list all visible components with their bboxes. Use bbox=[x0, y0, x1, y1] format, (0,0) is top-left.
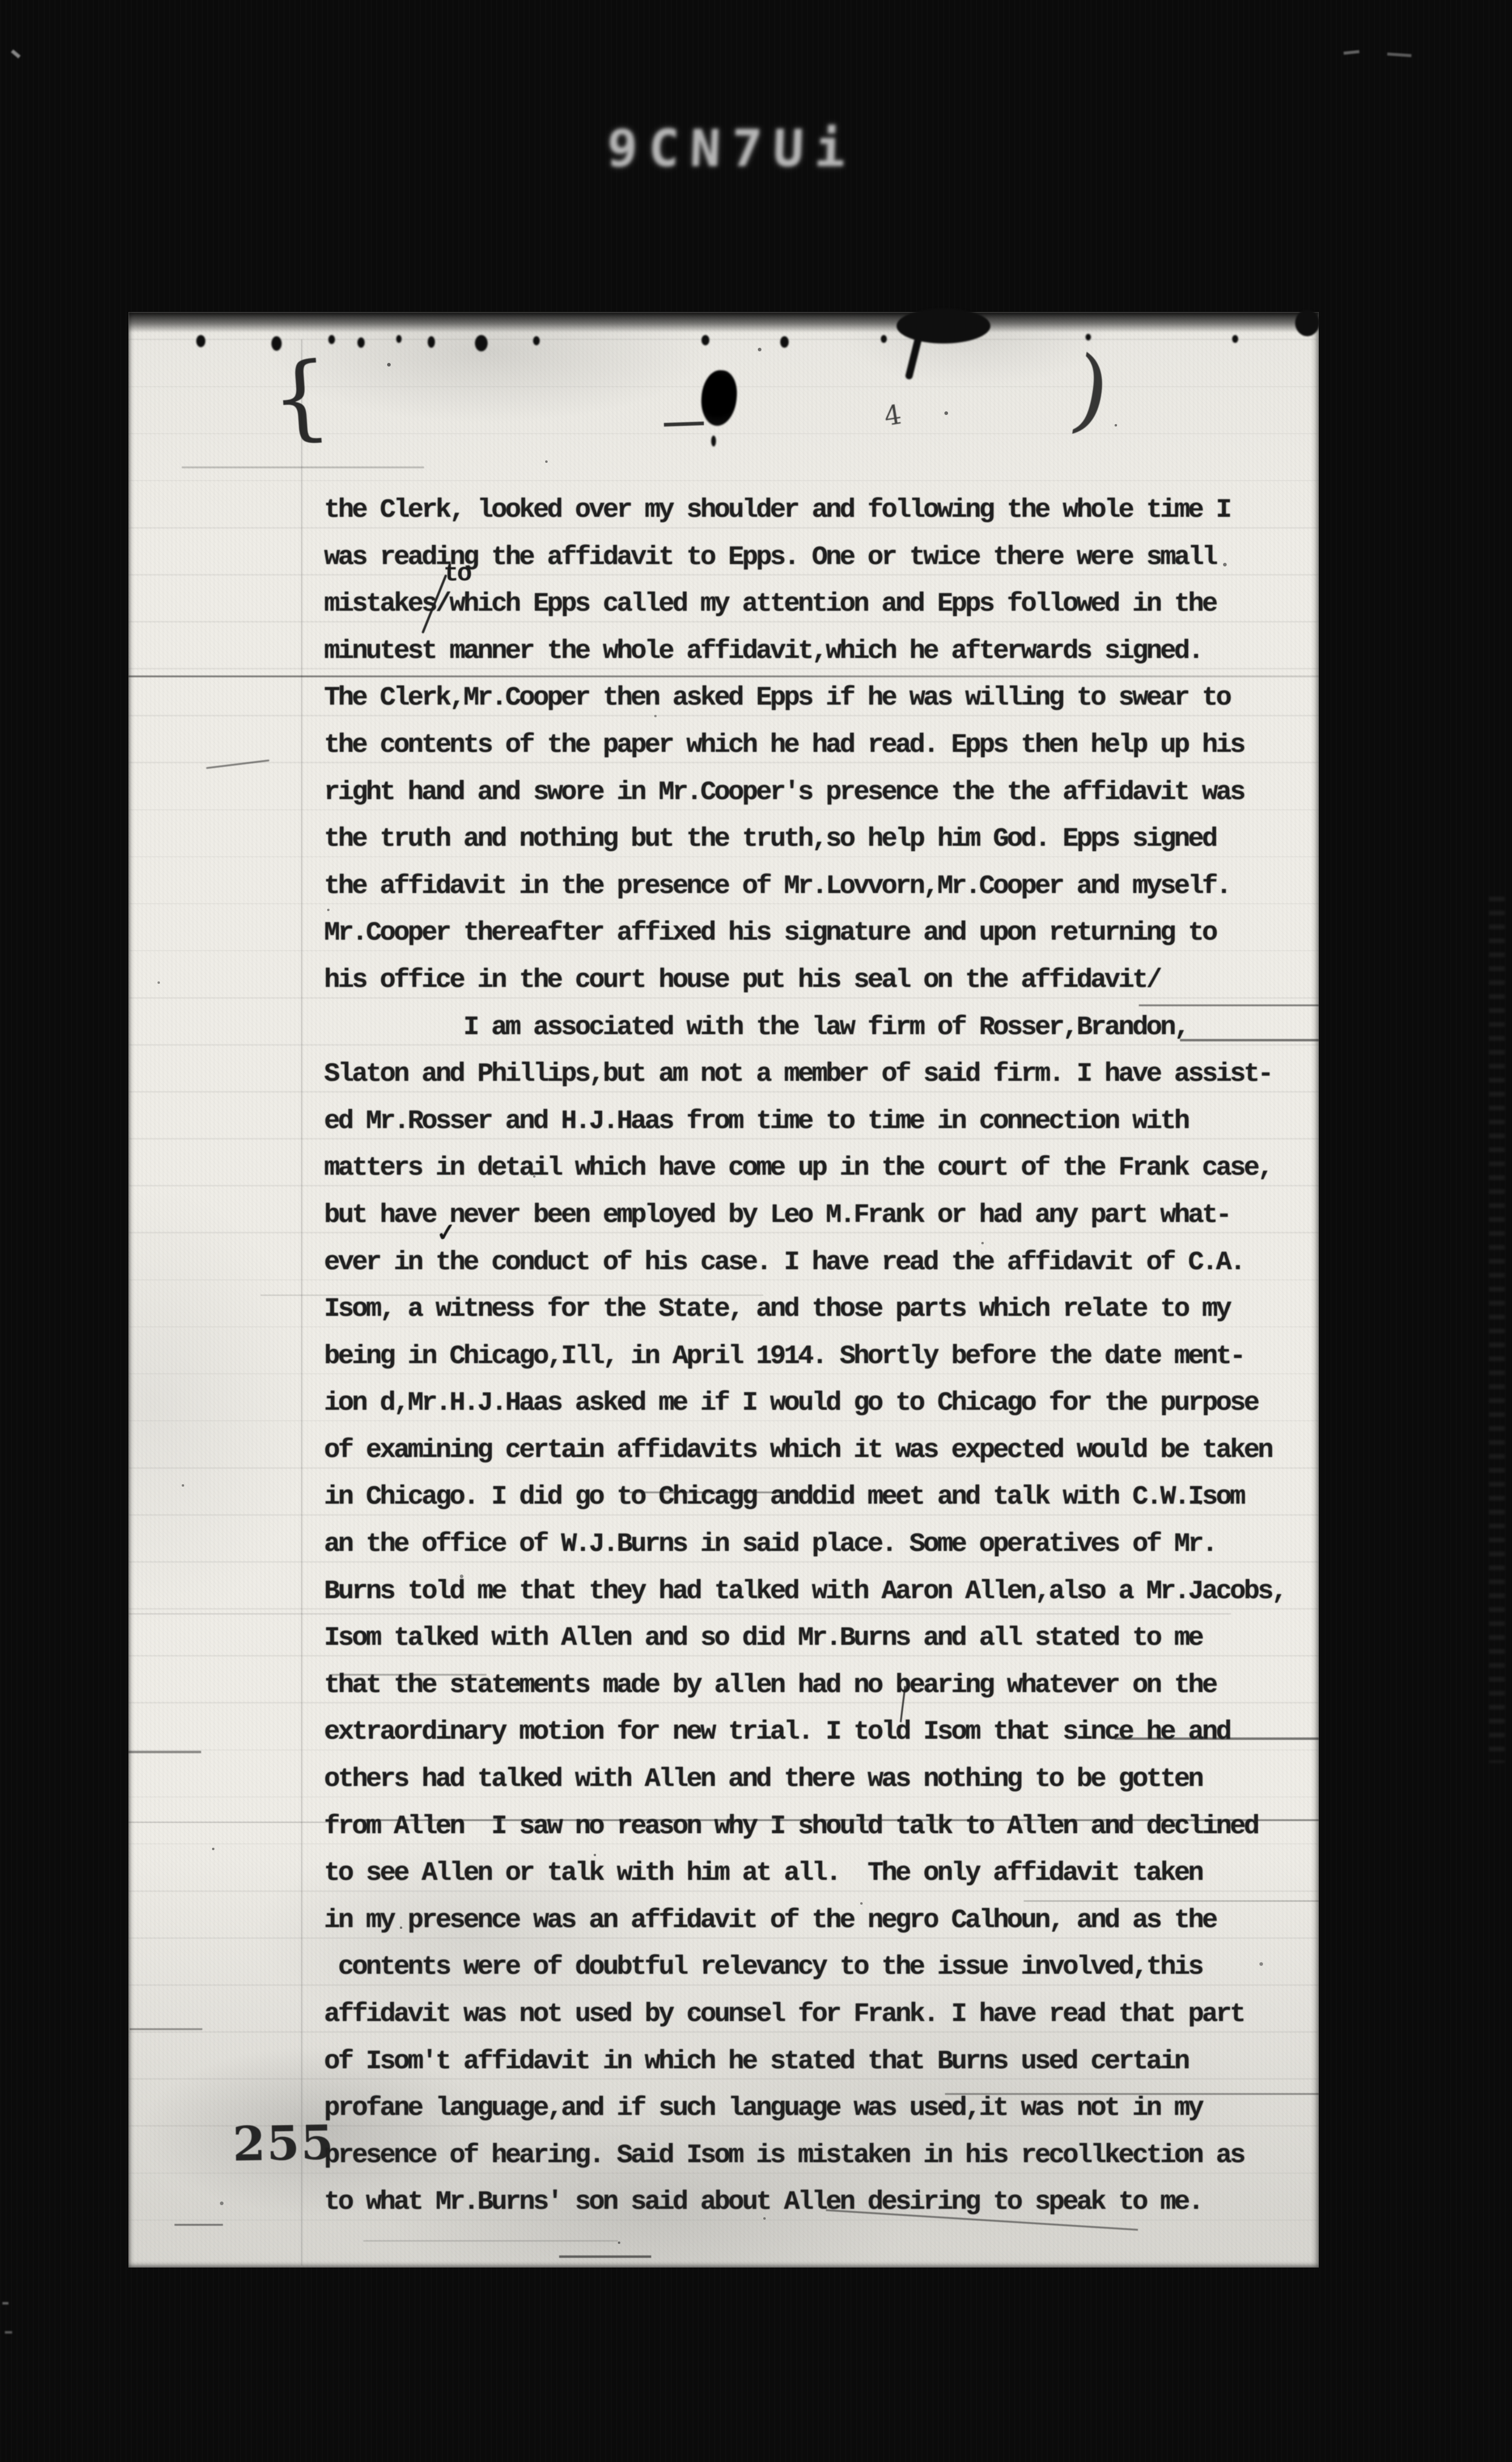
text-line: presence of hearing. Said Isom is mistak… bbox=[324, 2132, 1305, 2180]
ink-drip bbox=[196, 335, 205, 347]
text-line: Mr.Cooper thereafter affixed his signatu… bbox=[324, 910, 1305, 957]
ink-drip bbox=[1232, 335, 1238, 343]
film-edge-markings bbox=[1489, 897, 1505, 1763]
text-line: minutest manner the whole affidavit,whic… bbox=[324, 628, 1305, 675]
ink-drip bbox=[701, 335, 709, 345]
ledger-rule bbox=[301, 339, 302, 2266]
text-line: in Chicago. I did go to Chicagg anddid m… bbox=[324, 1474, 1305, 1521]
text-line: contents were of doubtful relevancy to t… bbox=[324, 1944, 1305, 1991]
text-line: but have never been employed by Leo M.Fr… bbox=[324, 1192, 1305, 1239]
scan-frame: 9CN7Ui { ) 4 ✓ bbox=[0, 0, 1512, 2462]
ink-drip bbox=[475, 335, 488, 351]
scan-artifact bbox=[174, 2224, 223, 2226]
text-line: of examining certain affidavits which it… bbox=[324, 1427, 1305, 1475]
text-line: profane language,and if such language wa… bbox=[324, 2085, 1305, 2132]
scan-edge-band bbox=[128, 312, 1319, 333]
ink-drip bbox=[357, 337, 365, 348]
page-number: 255 bbox=[232, 2115, 335, 2172]
text-line: Slaton and Phillips,but am not a member … bbox=[324, 1051, 1305, 1098]
document-page: { ) 4 ✓ to 255 bbox=[128, 312, 1319, 2268]
text-line: the affidavit in the presence of Mr.Lovv… bbox=[324, 863, 1305, 911]
ink-blot bbox=[700, 369, 738, 427]
text-line: affidavit was not used by counsel for Fr… bbox=[324, 1991, 1305, 2039]
scan-artifact bbox=[363, 2240, 618, 2241]
ink-drip bbox=[780, 336, 789, 348]
typewritten-text: the Clerk, looked over my shoulder and f… bbox=[324, 487, 1305, 2226]
ink-drip bbox=[396, 335, 402, 343]
scan-artifact bbox=[559, 2255, 651, 2258]
ink-smudge bbox=[904, 336, 922, 380]
text-line: ever in the conduct of his case. I have … bbox=[324, 1239, 1305, 1287]
ink-drip bbox=[533, 336, 540, 345]
ink-drip bbox=[881, 335, 887, 343]
text-line: being in Chicago,Ill, in April 1914. Sho… bbox=[324, 1333, 1305, 1381]
text-line: extraordinary motion for new trial. I to… bbox=[324, 1709, 1305, 1756]
ink-smudge bbox=[897, 308, 990, 343]
text-line: an the office of W.J.Burns in said place… bbox=[324, 1521, 1305, 1568]
scratch-mark bbox=[1344, 50, 1359, 55]
microfilm-stamp: 9CN7Ui bbox=[606, 119, 857, 178]
handwritten-small-mark: 4 bbox=[882, 399, 904, 433]
text-line: mistakes/which Epps called my attention … bbox=[324, 581, 1305, 628]
text-line: Isom, a witness for the State, and those… bbox=[324, 1286, 1305, 1333]
scratch-mark bbox=[1387, 53, 1411, 58]
text-line: was reading the affidavit to Epps. One o… bbox=[324, 534, 1305, 582]
text-line: right hand and swore in Mr.Cooper's pres… bbox=[324, 769, 1305, 817]
scan-artifact bbox=[182, 466, 424, 468]
scratch-mark bbox=[2, 2302, 8, 2304]
scan-artifact bbox=[128, 1751, 201, 1753]
text-line: Isom talked with Allen and so did Mr.Bur… bbox=[324, 1615, 1305, 1662]
handwritten-paren-mark: ) bbox=[1064, 336, 1118, 446]
text-line: to see Allen or talk with him at all. Th… bbox=[324, 1850, 1305, 1897]
text-line: Burns told me that they had talked with … bbox=[324, 1568, 1305, 1616]
ink-blot-drip bbox=[711, 436, 716, 446]
text-line: the Clerk, looked over my shoulder and f… bbox=[324, 487, 1305, 534]
scan-artifact bbox=[130, 2028, 202, 2030]
ink-drip bbox=[428, 336, 435, 348]
scratch-mark bbox=[5, 2331, 12, 2334]
scan-artifact bbox=[206, 760, 270, 769]
text-line: in my presence was an affidavit of the n… bbox=[324, 1897, 1305, 1945]
text-line: of Isom't affidavit in which he stated t… bbox=[324, 2039, 1305, 2086]
handwritten-brace-mark: { bbox=[268, 342, 334, 453]
ink-smudge bbox=[1295, 310, 1319, 336]
text-line: others had talked with Allen and there w… bbox=[324, 1756, 1305, 1803]
text-line: that the statements made by allen had no… bbox=[324, 1662, 1305, 1710]
scratch-mark bbox=[11, 50, 21, 59]
text-line: ed Mr.Rosser and H.J.Haas from time to t… bbox=[324, 1098, 1305, 1146]
text-line: ion d,Mr.H.J.Haas asked me if I would go… bbox=[324, 1380, 1305, 1427]
ink-blot-tail bbox=[664, 422, 704, 426]
text-line: from Allen I saw no reason why I should … bbox=[324, 1803, 1305, 1851]
text-line: the contents of the paper which he had r… bbox=[324, 722, 1305, 769]
text-line: to what Mr.Burns' son said about Allen d… bbox=[324, 2179, 1305, 2226]
ink-drip bbox=[328, 335, 335, 344]
text-line: matters in detail which have come up in … bbox=[324, 1145, 1305, 1192]
text-line: I am associated with the law firm of Ros… bbox=[324, 1004, 1305, 1052]
text-line: his office in the court house put his se… bbox=[324, 957, 1305, 1004]
text-line: the truth and nothing but the truth,so h… bbox=[324, 816, 1305, 863]
text-line: The Clerk,Mr.Cooper then asked Epps if h… bbox=[324, 675, 1305, 722]
paper-speckles bbox=[128, 312, 131, 314]
